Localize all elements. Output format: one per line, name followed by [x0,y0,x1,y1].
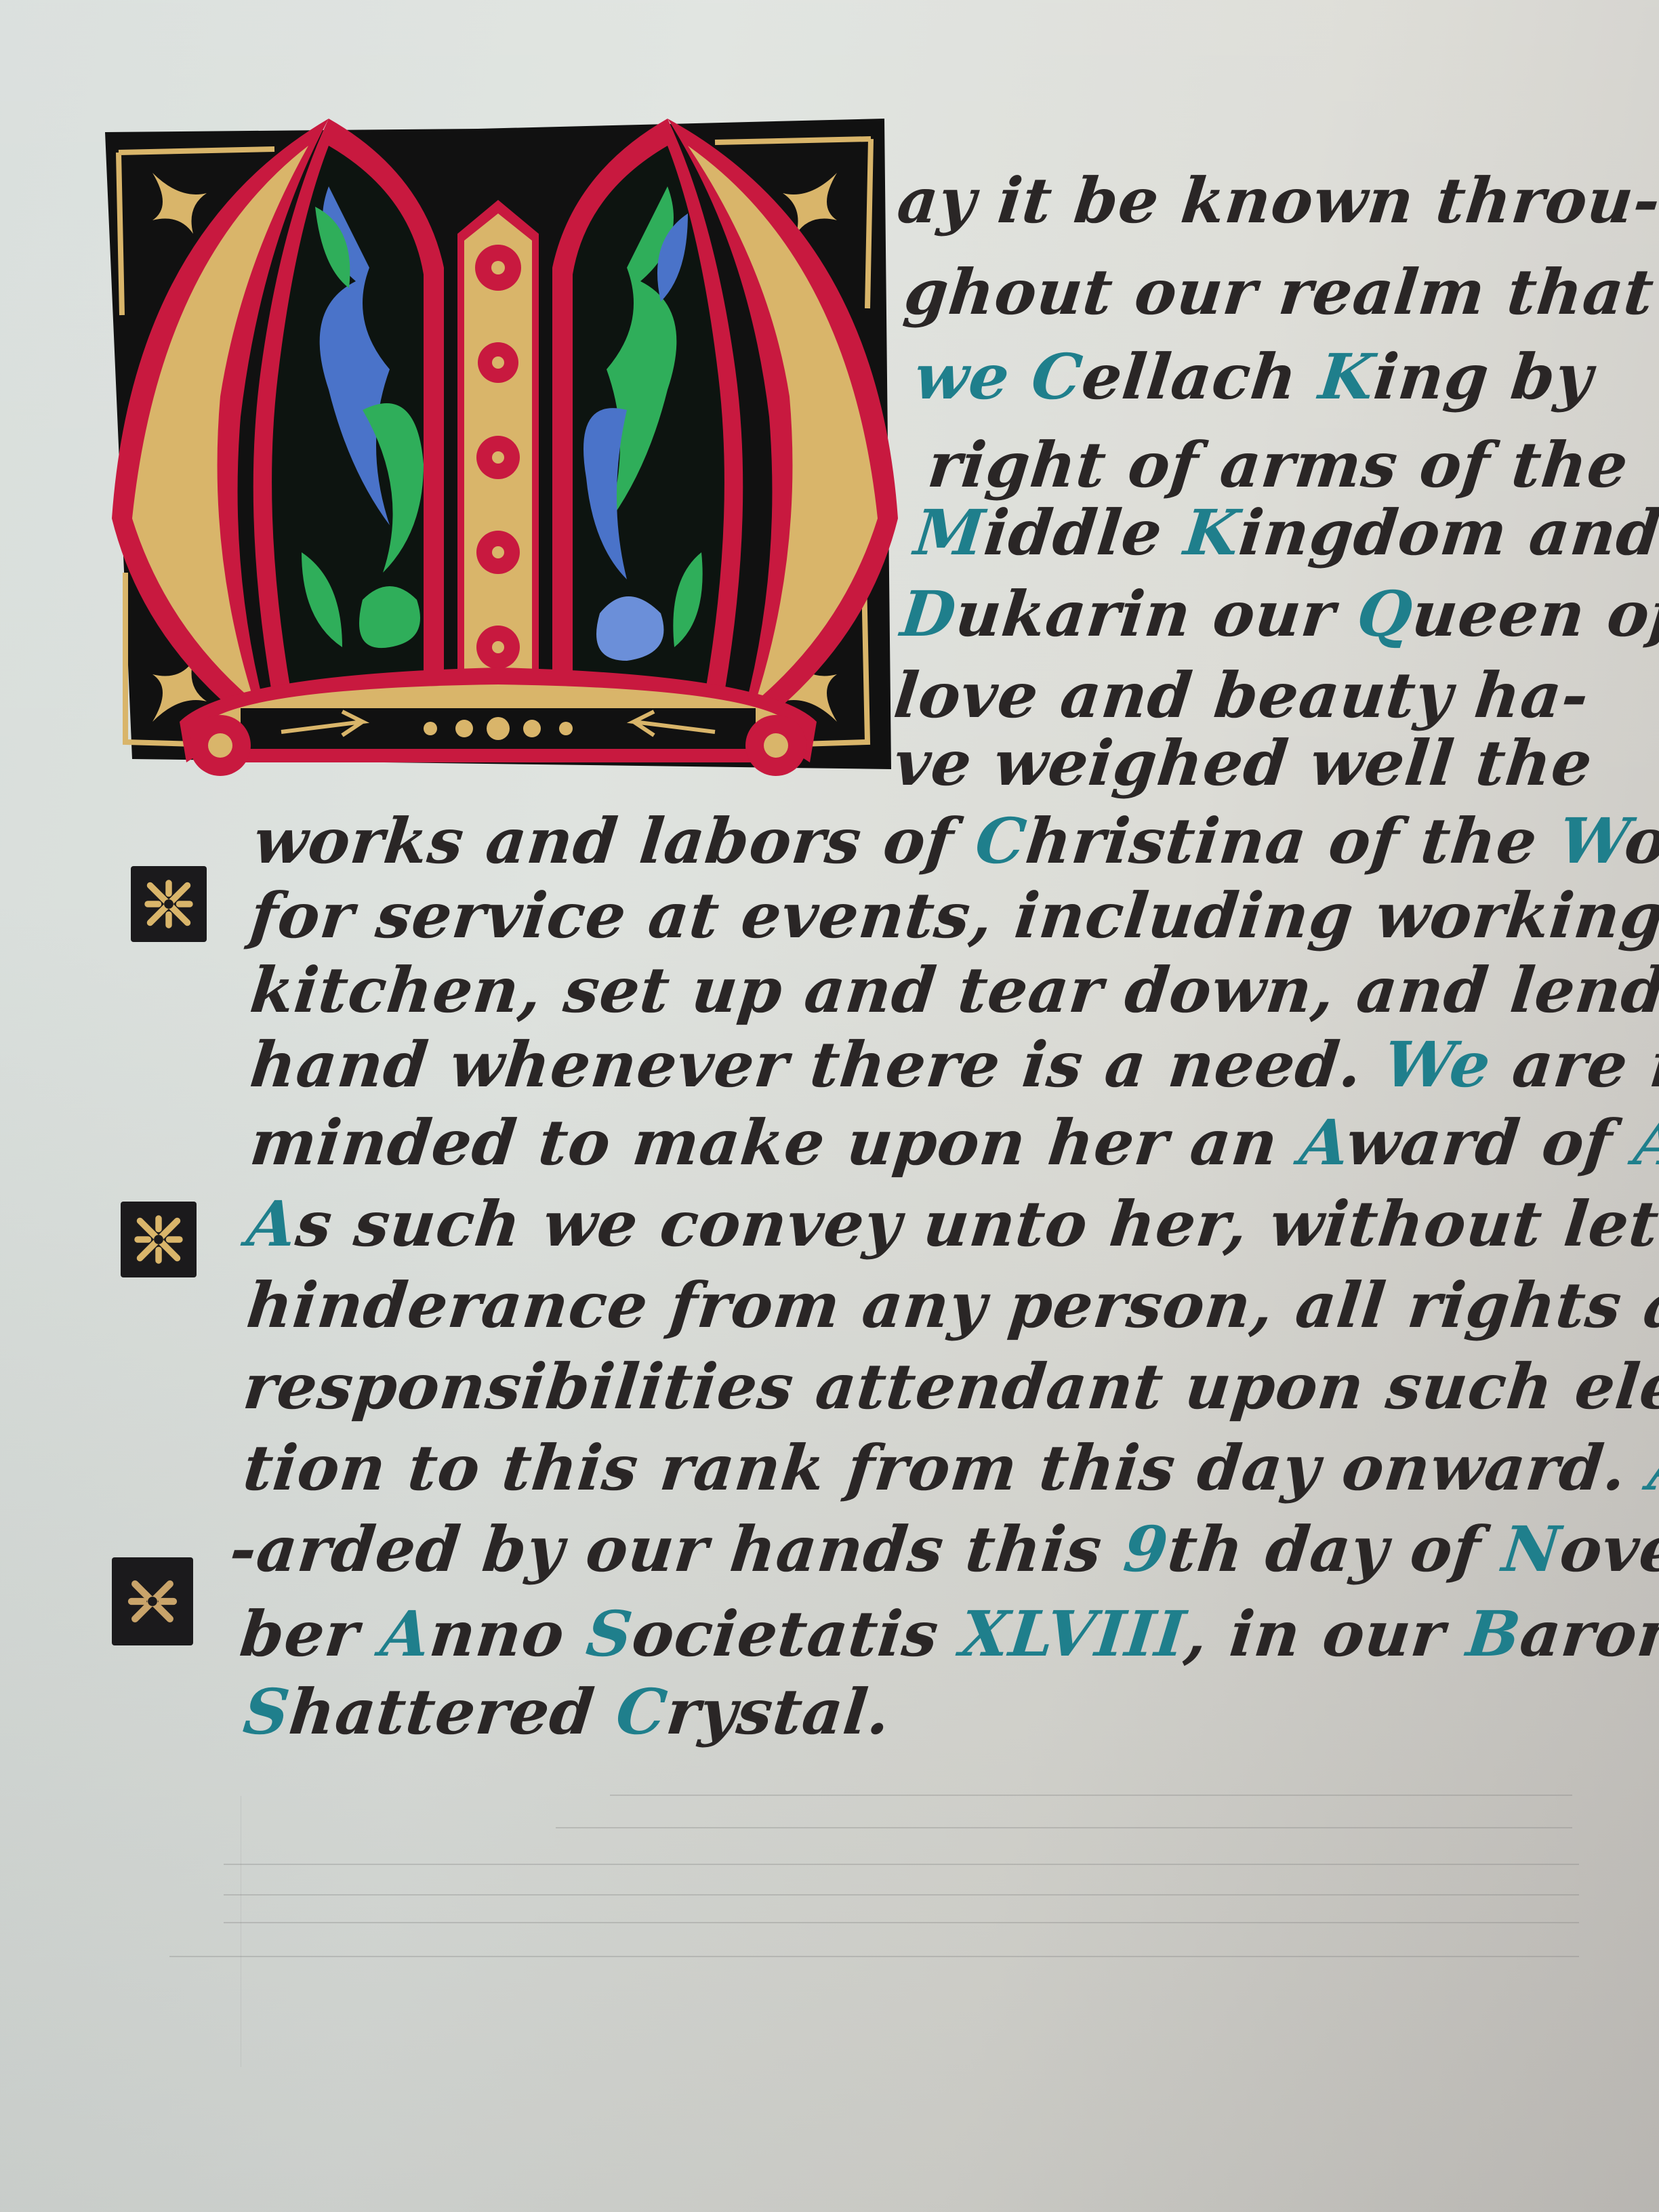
text-segment: love and beauty ha- [890,659,1593,732]
teal-initial-letter: S [583,1597,636,1671]
text-line: minded to make upon her an Award of Arms… [247,1111,1659,1174]
teal-initial-letter: C [613,1675,671,1748]
teal-initial-letter: 9 [1120,1513,1172,1586]
text-segment: -arded by our hands this [226,1513,1128,1586]
text-segment: ber [237,1597,385,1671]
text-segment: ellach [1078,340,1323,413]
text-line: ay it be known throu- [895,169,1659,232]
teal-initial-letter: A [377,1597,434,1671]
text-line: hinderance from any person, all rights a… [244,1274,1659,1336]
text-segment: hand whenever there is a need. [247,1028,1388,1101]
text-line: ber Anno Societatis XLVIII, in our Baron… [237,1603,1659,1665]
text-line: As such we convey unto her, without let … [244,1193,1659,1255]
teal-initial-letter: Q [1353,577,1416,651]
margin-ornament [112,1557,193,1645]
text-line: Shattered Crystal. [241,1681,894,1743]
text-segment: ing by [1370,340,1596,413]
text-segment: responsibilities attendant upon such ele… [240,1350,1659,1423]
gold-flower-ornament-icon [140,875,198,933]
text-segment: ve weighed well the [890,726,1596,800]
teal-initial-letter: C [1028,340,1086,413]
text-line: for service at events, including working… [247,884,1659,947]
gold-flower-ornament-icon [123,1572,182,1631]
teal-initial-letter: M [911,496,988,569]
teal-initial-letter: N [1499,1513,1564,1586]
margin-ornament [131,866,207,942]
text-segment: for service at events, including working… [247,879,1659,952]
text-segment: hinderance from any person, all rights a… [243,1269,1659,1342]
scroll-text: ay it be known throu- ghout our realm th… [0,0,1659,2212]
teal-initial-letter: A [243,1187,300,1261]
text-line: tion to this rank from this day onward. … [241,1437,1659,1499]
text-line: works and labors of Christina of the Woo… [251,810,1659,872]
text-line: ghout our realm that [901,261,1657,323]
teal-initial-letter: W [1556,804,1629,878]
text-segment: , in our [1182,1597,1471,1671]
text-segment: ovem- [1557,1513,1659,1586]
text-segment: th day of [1164,1513,1507,1586]
text-line: we Cellach King by [912,346,1596,408]
text-segment: are right [1487,1028,1659,1101]
text-segment: s such we convey unto her, without let o… [293,1187,1659,1261]
text-segment: rystal. [663,1675,894,1748]
teal-initial-letter: B [1463,1597,1524,1671]
teal-initial-letter: We [1380,1028,1494,1101]
teal-initial-letter: XLVIII [957,1597,1189,1671]
text-line: ve weighed well the [891,732,1595,794]
text-segment: iddle [981,496,1188,569]
text-line: Middle Kingdom and [912,501,1659,564]
text-line: love and beauty ha- [891,664,1592,726]
text-segment: hristina of the [1023,804,1563,878]
teal-initial-letter: K [1181,496,1243,569]
margin-ornament [121,1202,197,1277]
teal-initial-letter: S [240,1675,293,1748]
text-segment: works and labors of [250,804,979,878]
text-segment: ward of [1343,1106,1638,1179]
teal-initial-letter: we [911,340,1013,413]
text-line: responsibilities attendant upon such ele… [241,1355,1659,1418]
text-line: kitchen, set up and tear down, and lendi… [247,959,1659,1021]
text-segment: kitchen, set up and tear down, and lendi… [247,954,1659,1027]
text-segment: ghout our realm that [901,255,1658,329]
teal-initial-letter: A [1296,1106,1351,1179]
text-line: Dukarin our Queen of [898,583,1659,645]
text-segment: minded to make upon her an [247,1106,1304,1179]
text-line: -arded by our hands this 9th day of Nove… [227,1518,1659,1580]
teal-initial-letter: K [1315,340,1378,413]
text-segment: right of arms of the [924,428,1632,501]
text-segment: ay it be known throu- [894,164,1659,237]
text-segment: hattered [286,1675,621,1748]
text-segment: tion to this rank from this day onward. [240,1431,1652,1504]
text-segment: ueen of [1409,577,1659,651]
teal-initial-letter: C [972,804,1030,878]
text-segment: arony of [1517,1597,1659,1671]
text-segment: ukarin our [952,577,1361,651]
text-line: hand whenever there is a need. We are ri… [247,1033,1659,1096]
text-segment: ocietatis [629,1597,965,1671]
teal-initial-letter: D [897,577,960,651]
text-segment: ingdom and [1235,496,1659,569]
text-line: right of arms of the [925,434,1631,496]
text-segment: nno [426,1597,591,1671]
gold-flower-ornament-icon [129,1210,188,1269]
